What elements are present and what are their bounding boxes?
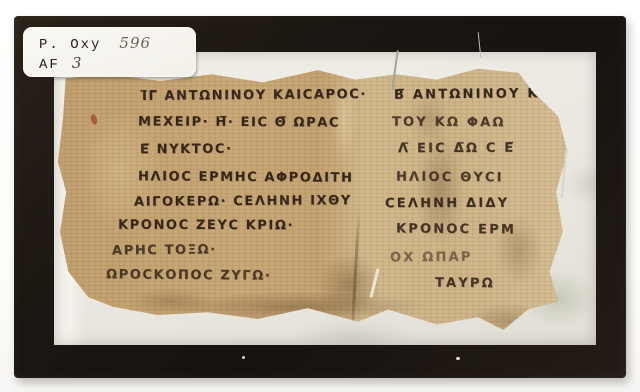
papyrus-text-line: ΑΙΓΟΚΕΡΩ· ϹΕΛΗΝΗ ΙΧΘΥ [134, 193, 352, 210]
photograph: Ι̅Γ̅ ΑΝΤΩΝΙΝΟΥ ΚΑΙϹΑΡΟϹ· ΜΕΧΕΙΡ· Η̅· ΕΙϹ… [0, 0, 640, 392]
papyrus-fragment: Ι̅Γ̅ ΑΝΤΩΝΙΝΟΥ ΚΑΙϹΑΡΟϹ· ΜΕΧΕΙΡ· Η̅· ΕΙϹ… [58, 62, 570, 334]
papyrus-text-line: ΤΑΥΡΩ [435, 276, 495, 292]
papyrus-crack [351, 212, 360, 332]
papyrus-text-line: ΚΡΟΝΟϹ ΕΡΜ [396, 221, 516, 237]
red-pigment-mark [90, 113, 99, 125]
dust-speck [242, 356, 245, 359]
papyrus-text-line: ϹΕΛΗΝΗ ΔΙΔΥ [385, 196, 509, 211]
shelfmark-handwritten: 3 [72, 54, 83, 72]
papyrus-text-line: ΚΡΟΝΟϹ ΖΕΥϹ ΚΡΙΩ· [118, 218, 294, 234]
papyrus-text-line: Ι̅Γ̅ ΑΝΤΩΝΙΝΟΥ ΚΑΙϹΑΡΟϹ· [142, 87, 367, 104]
catalog-label-line1: P. Oxy596 [39, 33, 196, 53]
papyrus-text-line: Β̅ ΑΝΤΩΝΙΝΟΥ Κ [394, 86, 540, 103]
papyrus-text-line: Ε̅ ΝΥΚΤΟϹ· [140, 142, 233, 157]
catalog-label: P. Oxy596 AF3 [23, 27, 196, 77]
catalog-number-typed: P. Oxy [39, 37, 101, 53]
papyrus-text-line: ΤΟΥ ΚΩ ΦΑΩ [392, 115, 506, 131]
papyrus-text-line: ΗΛΙΟϹ ΘΥϹΙ [396, 170, 504, 186]
papyrus-text-line: ΜΕΧΕΙΡ· Η̅· ΕΙϹ Θ̅ ΩΡΑϹ [138, 114, 340, 130]
catalog-number-handwritten: 596 [119, 34, 151, 52]
papyrus-text-line: Λ̅ ΕΙϹ Δ̅Ω Ϲ Ε̅ [398, 141, 515, 157]
catalog-label-line2: AF3 [39, 53, 196, 73]
dust-speck [456, 357, 460, 360]
papyrus-text-line: ΟΧ ΩΠΑΡ [390, 250, 473, 266]
glass-mount: Ι̅Γ̅ ΑΝΤΩΝΙΝΟΥ ΚΑΙϹΑΡΟϹ· ΜΕΧΕΙΡ· Η̅· ΕΙϹ… [54, 52, 596, 345]
papyrus-text-line: ΑΡΗϹ ΤΟΞΩ· [112, 242, 217, 258]
shelfmark-typed: AF [39, 57, 60, 73]
papyrus-text-line: ΗΛΙΟϹ ΕΡΜΗϹ ΑΦΡΟΔΙΤΗ [138, 169, 354, 186]
papyrus-text-line: ΩΡΟϹΚΟΠΟϹ ΖΥΓΩ· [106, 267, 272, 283]
